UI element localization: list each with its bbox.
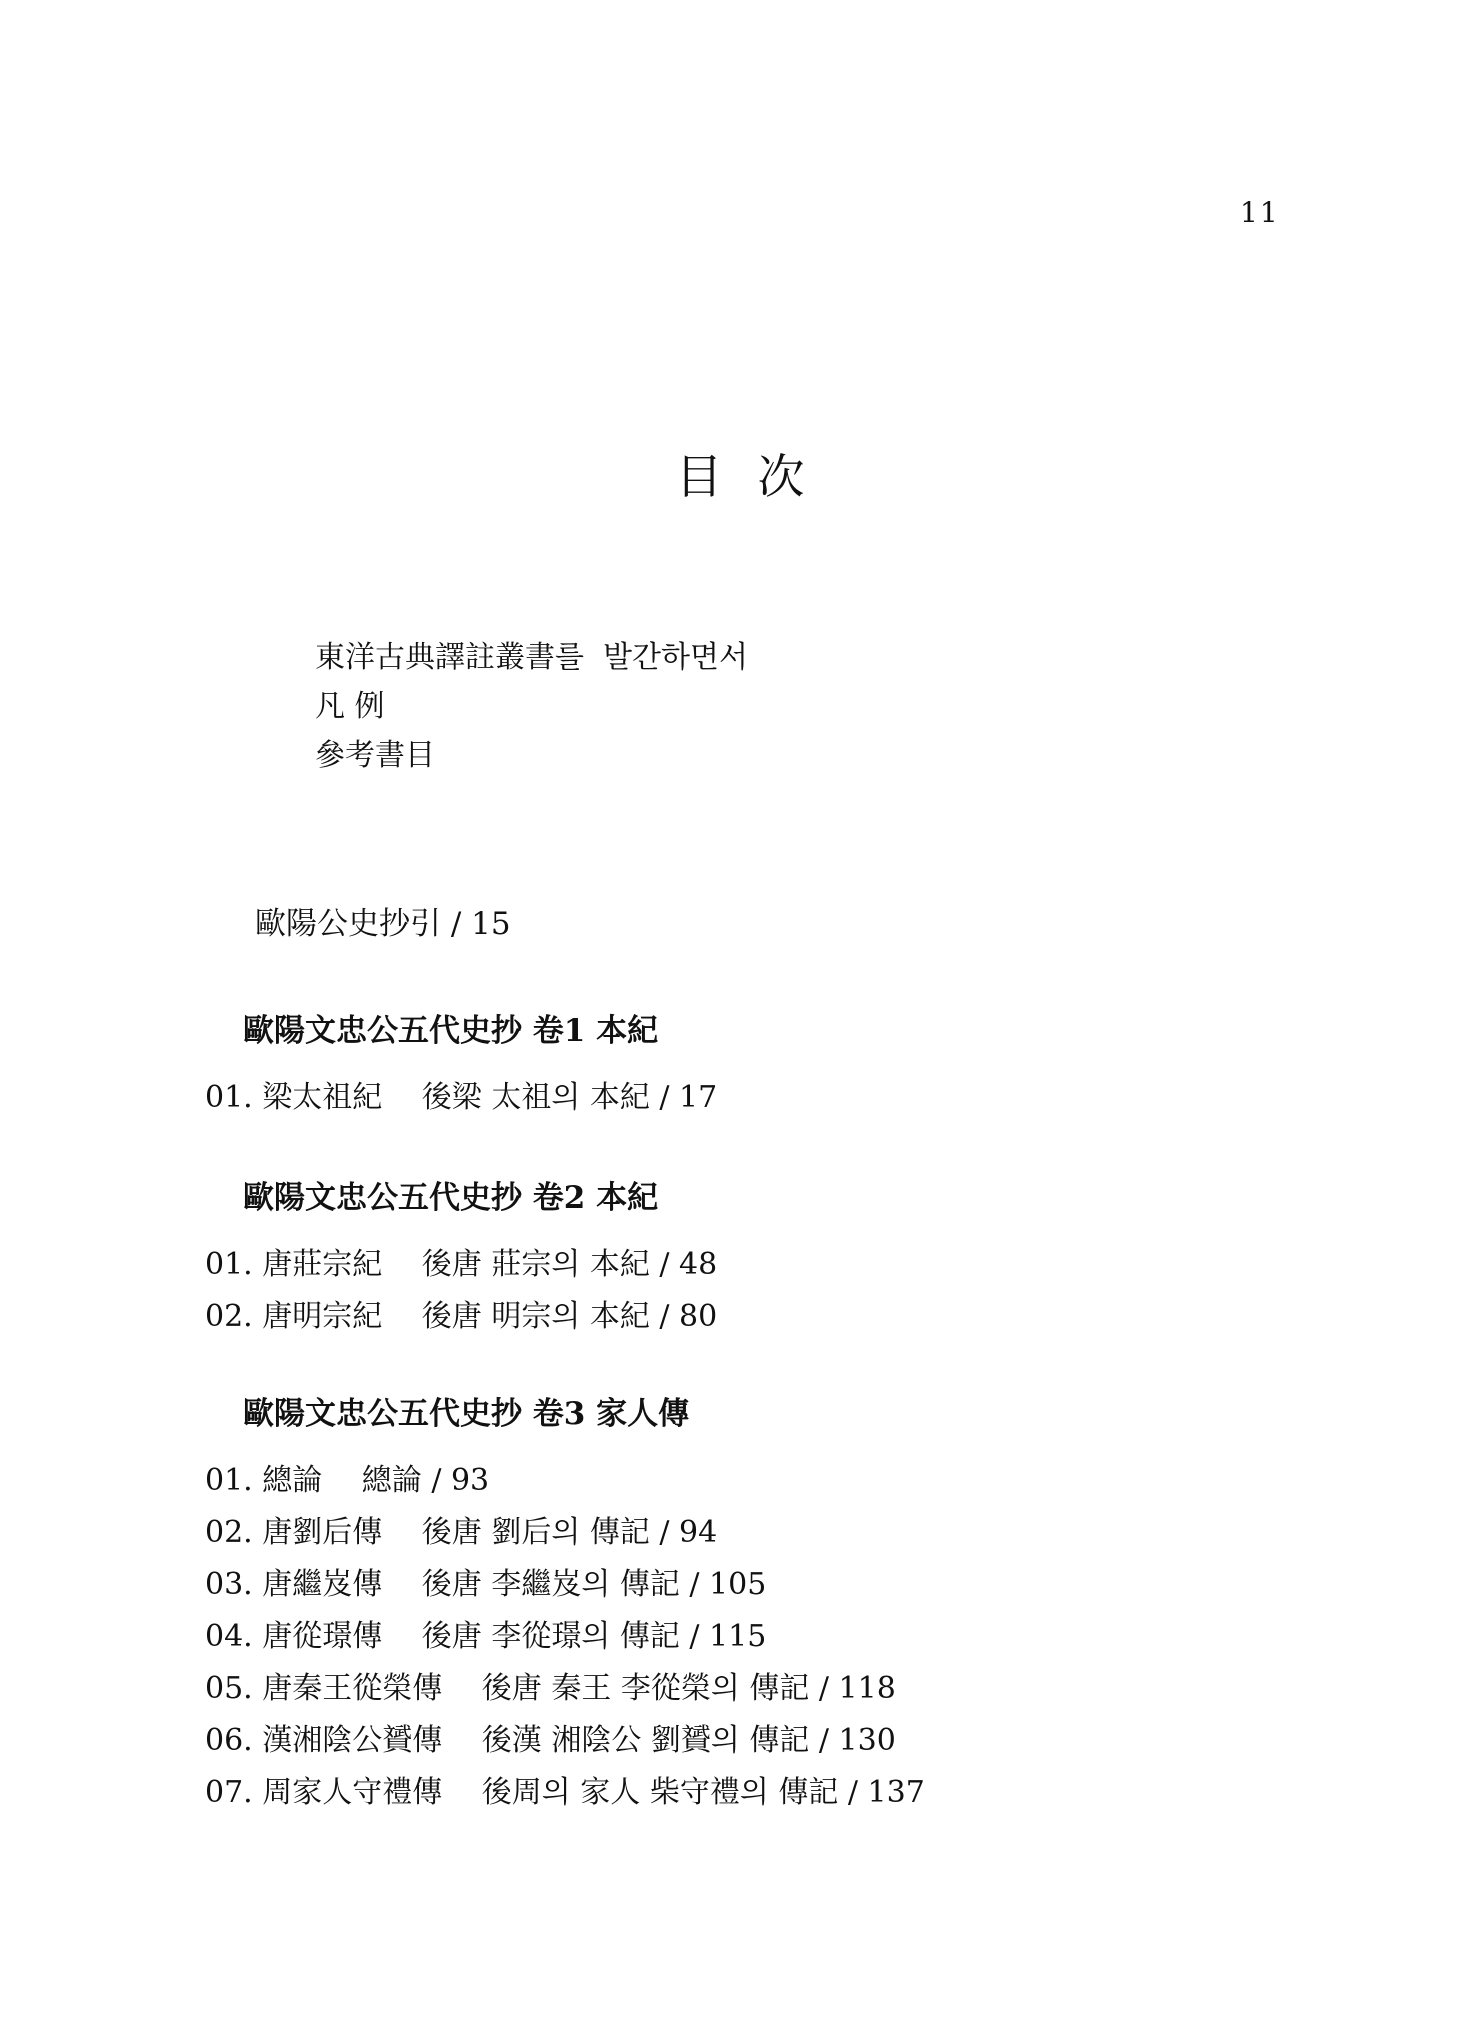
toc-section-volume-3: 歐陽文忠公五代史抄 卷3 家人傳 01. 總論 總論 / 93 02. 唐劉后傳… xyxy=(0,1388,1480,1819)
section-header: 歐陽文忠公五代史抄 卷2 本紀 xyxy=(243,1172,1480,1217)
toc-entry: 03. 唐繼岌傳 後唐 李繼岌의 傳記 / 105 xyxy=(205,1559,1480,1611)
toc-entry: 01. 梁太祖紀 後梁 太祖의 本紀 / 17 xyxy=(205,1072,1480,1124)
front-matter-list: 東洋古典譯註叢書를 발간하면서 凡 例 參考書目 xyxy=(315,633,748,780)
toc-section-volume-2: 歐陽文忠公五代史抄 卷2 本紀 01. 唐莊宗紀 後唐 莊宗의 本紀 / 48 … xyxy=(0,1172,1480,1343)
toc-entry: 01. 總論 總論 / 93 xyxy=(205,1455,1480,1507)
document-page: 11 目 次 東洋古典譯註叢書를 발간하면서 凡 例 參考書目 歐陽公史抄引 /… xyxy=(0,0,1480,2024)
toc-entry-intro: 歐陽公史抄引 / 15 xyxy=(255,898,511,943)
section-header: 歐陽文忠公五代史抄 卷3 家人傳 xyxy=(243,1388,1480,1433)
page-title: 目 次 xyxy=(0,440,1480,507)
section-header: 歐陽文忠公五代史抄 卷1 本紀 xyxy=(243,1005,1480,1050)
front-matter-item-conventions: 凡 例 xyxy=(315,682,748,731)
toc-entry: 05. 唐秦王從榮傳 後唐 秦王 李從榮의 傳記 / 118 xyxy=(205,1663,1480,1715)
toc-entry: 02. 唐明宗紀 後唐 明宗의 本紀 / 80 xyxy=(205,1291,1480,1343)
front-matter-item-bibliography: 參考書目 xyxy=(315,731,748,780)
toc-entry: 06. 漢湘陰公贇傳 後漢 湘陰公 劉贇의 傳記 / 130 xyxy=(205,1715,1480,1767)
toc-entry: 04. 唐從璟傳 後唐 李從璟의 傳記 / 115 xyxy=(205,1611,1480,1663)
toc-entry: 01. 唐莊宗紀 後唐 莊宗의 本紀 / 48 xyxy=(205,1239,1480,1291)
front-matter-item-foreword: 東洋古典譯註叢書를 발간하면서 xyxy=(315,633,748,682)
toc-entry: 07. 周家人守禮傳 後周의 家人 柴守禮의 傳記 / 137 xyxy=(205,1767,1480,1819)
page-number: 11 xyxy=(1240,196,1280,229)
toc-section-volume-1: 歐陽文忠公五代史抄 卷1 本紀 01. 梁太祖紀 後梁 太祖의 本紀 / 17 xyxy=(0,1005,1480,1124)
toc-entry: 02. 唐劉后傳 後唐 劉后의 傳記 / 94 xyxy=(205,1507,1480,1559)
